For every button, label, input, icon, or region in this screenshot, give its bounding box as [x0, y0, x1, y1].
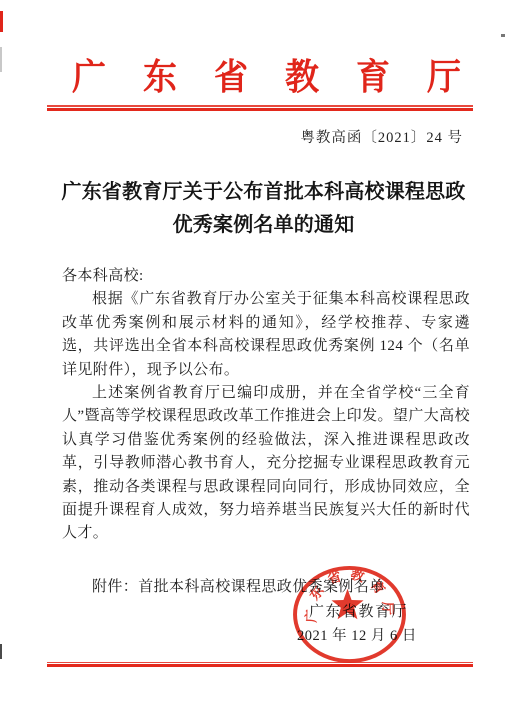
footer-divider [47, 662, 473, 667]
divider-thick-line [47, 664, 473, 667]
notice-body: 各本科高校: 根据《广东省教育厅办公室关于征集本科高校课程思政改革优秀案例和展示… [62, 265, 470, 599]
notice-title: 广东省教育厅关于公布首批本科高校课程思政 优秀案例名单的通知 [46, 176, 481, 242]
star-icon [331, 589, 363, 620]
document-page: 广东省教育厅 粤教高函〔2021〕24 号 广东省教育厅关于公布首批本科高校课程… [0, 0, 519, 713]
divider-thick-line [47, 108, 473, 111]
document-number: 粤教高函〔2021〕24 号 [300, 126, 463, 147]
notice-title-line1: 广东省教育厅关于公布首批本科高校课程思政 [46, 176, 481, 209]
scan-artifact-dot [501, 34, 505, 37]
official-seal: 广东省教育厅 [290, 563, 409, 666]
notice-title-line2: 优秀案例名单的通知 [46, 209, 481, 242]
divider-thin-line [47, 662, 473, 663]
scan-artifact-red-tick [0, 11, 3, 32]
body-paragraph-1: 根据《广东省教育厅办公室关于征集本科高校课程思政改革优秀案例和展示材料的通知》，… [62, 288, 470, 382]
scan-artifact-gray-tick [0, 47, 2, 72]
body-paragraph-2: 上述案例省教育厅已编印成册，并在全省学校“三全育人”暨高等学校课程思政改革工作推… [62, 382, 470, 546]
letterhead-divider [47, 105, 473, 111]
salutation: 各本科高校: [62, 265, 470, 288]
letterhead-org-title: 广东省教育厅 [72, 56, 498, 101]
divider-thin-line [47, 105, 473, 107]
scan-artifact-dark-tick [0, 644, 2, 659]
